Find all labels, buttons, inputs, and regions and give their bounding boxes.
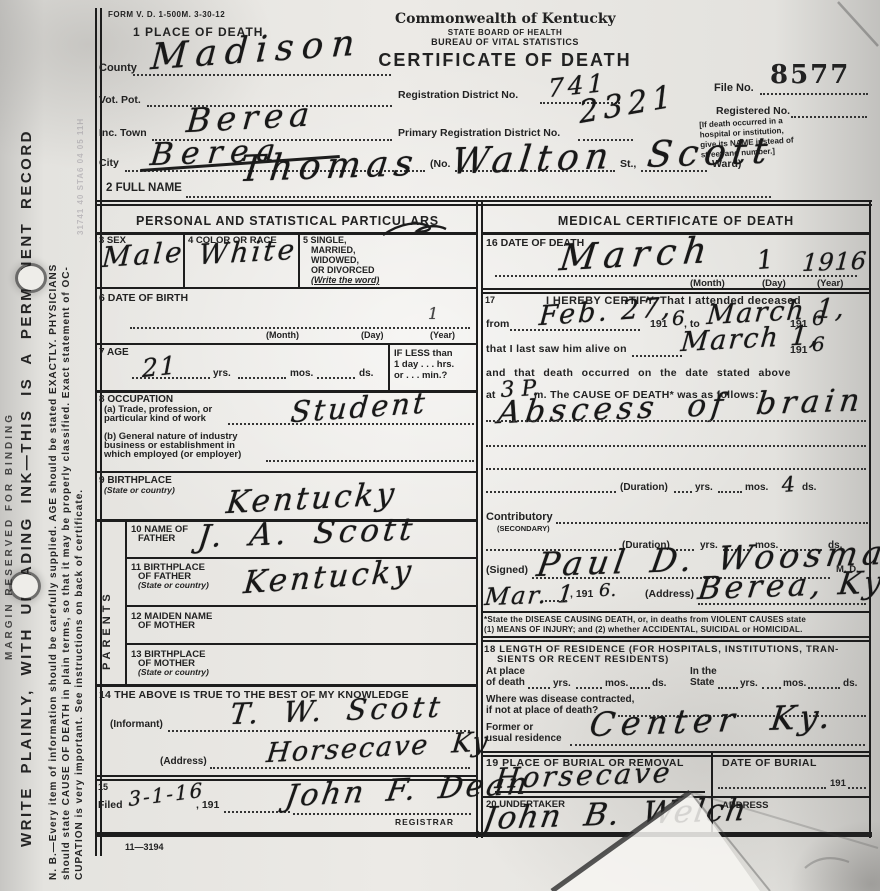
if-less-line2: 1 day . . . hrs. [394,360,454,370]
footnote-bottom-rule [481,636,869,642]
death-certificate-document: MARGIN RESERVED FOR BINDING WRITE PLAINL… [0,0,880,891]
commonwealth-title: Commonwealth of Kentucky [395,12,615,26]
last-saw-year-handwritten: 6 [812,334,825,354]
registration-district-label: Registration District No. [398,90,518,101]
informant-address-label: (Address) [160,757,207,767]
at-place-label-line1: At place [486,667,525,677]
birthplace-note: (State or country) [104,486,175,495]
at-place-label-line2: of death [486,678,525,688]
age-line2 [238,377,286,379]
informant-label: (Informant) [110,720,163,730]
burial-date-line2 [848,787,866,789]
signature-address-line [698,603,866,605]
faint-stamp: 31741 40 STA6 04 05 11H [76,105,85,235]
dod-bottom-rule [481,288,869,294]
informant-value-handwritten: T. W. Scott [228,693,445,730]
former-residence-line [570,744,865,746]
corner-shade [790,820,880,891]
occupation-b-line3: which employed (or employer) [104,450,241,460]
margin-nb-line2: should state CAUSE OF DEATH in plain ter… [61,100,72,880]
if-less-line1: IF LESS than [394,349,453,359]
form-footer-number: 11—3194 [125,843,164,852]
filed-year-label: , 191 [196,800,219,811]
in-state-ds-label: ds. [843,679,857,689]
father-row-rule [125,557,478,559]
duration1-line2 [674,491,692,493]
form-number: FORM V. D. 1-500M. 3-30-12 [108,11,225,19]
occupation-a-line2: particular kind of work [104,414,206,424]
city-label: City [99,158,119,169]
burial-date-label: DATE OF BURIAL [722,758,817,769]
dod-year-handwritten: 1916 [801,249,868,275]
filed-label: Filed [98,800,123,811]
certify-item-number: 17 [485,296,495,305]
margin-write-plainly-text: WRITE PLAINLY, WITH UNFADING INK—THIS IS… [18,112,35,847]
header-bottom-rule [95,200,872,206]
age-line1 [132,377,210,379]
if-less-line3: or . . . min.? [394,371,447,381]
burial-place-line [495,791,705,793]
dod-day-handwritten: 1 [756,247,774,274]
filed-line [224,811,290,813]
in-the-label-line2: State [690,678,714,688]
dod-month-handwritten: March [558,233,716,277]
vot-pot-label: Vot. Pot. [99,95,141,106]
boxes-bottom-rule [95,287,478,289]
dob-label: 6 DATE OF BIRTH [99,293,188,304]
registered-no-label: Registered No. [716,106,790,117]
registrar-label: REGISTRAR [395,818,454,827]
contributory-line [556,522,868,524]
secondary-label: (SECONDARY) [497,525,550,533]
duration1-line3 [718,491,742,493]
dod-line [495,275,857,277]
full-name-line [186,196,771,198]
marital-write-word-note: (Write the word) [311,276,379,285]
father-bp-value-handwritten: Kentucky [242,556,415,599]
in-state-line1 [718,687,738,689]
at-place-line2 [576,687,602,689]
burial-place-value-handwritten: Horsecave [494,759,675,793]
signature-year-handwritten: 6. [599,582,616,600]
father-bp-row-rule [125,605,478,607]
duration1-lead-line [486,491,616,493]
from-year-handwritten: 6 [672,308,685,328]
contracted-label-line2: if not at place of death? [486,706,598,716]
marital-status-mark-handwritten [380,220,450,240]
dob-year-label: (Year) [430,331,455,340]
inc-town-label: Inc. Town [99,128,147,139]
undertaker-value-handwritten: John B. Welch [481,795,750,835]
dob-bottom-rule [95,343,478,345]
dob-month-label: (Month) [266,331,299,340]
at-place-yrs-label: yrs. [553,679,571,689]
at-place-mos-label: mos. [605,679,628,689]
occupation-value-handwritten: Student [289,388,428,427]
age-ds-label: ds. [359,369,373,379]
father-name-label-line2: FATHER [138,534,175,544]
last-saw-line [632,355,682,357]
duration1-mos-label: mos. [745,483,768,493]
in-the-label-line1: In the [690,667,717,677]
medical-section-title: MEDICAL CERTIFICATE OF DEATH [482,215,870,228]
filed-item-number: 15 [98,783,108,792]
occupation-b-line [266,460,474,462]
sex-value-handwritten: Male [101,238,186,272]
dob-line [130,327,470,329]
father-name-value-handwritten: J. A. Scott [196,514,418,553]
mother-bp-note: (State or country) [138,668,209,677]
at-label: at [486,390,495,401]
duration1-ds-label: ds. [802,483,816,493]
age-yrs-label: yrs. [213,369,231,379]
registrar-signature-line [293,813,471,815]
certificate-title: CERTIFICATE OF DEATH [370,51,640,69]
cause-footnote-line1: *State the DISEASE CAUSING DEATH, or, in… [484,616,806,624]
file-no-line [760,93,868,95]
from-label: from [486,319,509,330]
cause-line1 [486,420,866,422]
county-label: County [99,63,137,74]
margin-nb-line1: N. B.—Every item of information should b… [48,100,59,880]
in-state-yrs-label: yrs. [740,679,758,689]
inc-town-value-handwritten: Berea [185,97,316,137]
marital-label-line2: MARRIED, [311,246,356,255]
former-residence-value-handwritten: Center Ky. [588,699,838,741]
parents-bottom-rule [95,684,478,687]
signature-191-label: , 191 [570,589,593,600]
contributory-label: Contributory [486,512,553,523]
father-bp-note: (State or country) [138,581,209,590]
cause-line2 [486,445,866,447]
in-state-mos-label: mos. [783,679,806,689]
former-residence-label-line1: Former or [486,723,533,733]
last-saw-191-label: 191 [790,345,808,356]
registered-no-line [791,116,867,118]
burial-date-line [718,787,826,789]
duration-days-handwritten: 4 [781,474,796,496]
race-value-handwritten: White [198,236,299,269]
marital-label-line4: OR DIVORCED [311,266,375,275]
if-less-divider [388,344,390,391]
last-saw-label: that I last saw him alive on [486,344,627,355]
dob-day-label: (Day) [361,331,384,340]
primary-district-label: Primary Registration District No. [398,128,560,139]
signature-date-handwritten: Mar. 1 [483,582,576,609]
mother-name-label-line2: OF MOTHER [138,621,195,631]
in-state-line3 [808,687,840,689]
margin-reserved-text: MARGIN RESERVED FOR BINDING [4,360,15,660]
marital-label-line3: WIDOWED, [311,256,359,265]
signature-address-label: (Address) [645,589,694,600]
informant-address-value-handwritten: Horsecave Ky [265,728,491,767]
in-state-line2 [762,687,781,689]
residence-label-line2: SIENTS OR RECENT RESIDENTS) [497,655,669,665]
punch-hole-top [18,266,44,290]
file-no-value: 8577 [770,62,850,88]
age-mos-label: mos. [290,369,313,379]
parents-divider [125,521,127,684]
full-name-value-handwritten: Thomas Walton Scott [238,133,776,188]
occupation-bottom-rule [95,471,478,473]
file-no-label: File No. [714,83,754,94]
at-place-line1 [528,687,550,689]
state-board-line: STATE BOARD OF HEALTH [395,29,615,37]
cause-line3 [486,468,866,470]
filed-date-handwritten: 3-1-16 [128,780,205,809]
at-place-ds-label: ds. [652,679,666,689]
at-place-line3 [630,687,650,689]
signed-label: (Signed) [486,565,528,576]
cause-footnote-line2: (1) MEANS OF INJURY; and (2) whether ACC… [484,626,803,634]
full-name-label: 2 FULL NAME [106,183,182,195]
burial-date-191-label: 191 [830,779,846,789]
age-line3 [317,377,355,379]
signature-date-line [545,600,567,602]
from-191-label: 191 [650,319,668,330]
informant-address-line [210,767,470,769]
parents-label: PARENTS [101,540,113,670]
former-residence-label-line2: usual residence [486,734,562,744]
dob-mark-handwritten: 1 [428,306,438,322]
duration1-label: (Duration) [620,483,668,493]
signature-address-handwritten: Berea, Ky. [696,567,880,605]
punch-hole-bottom [12,574,38,598]
mother-row-rule [125,643,478,645]
marital-label-line1: 5 SINGLE, [303,236,347,245]
age-label: 7 AGE [99,348,129,358]
right-border [869,201,871,838]
signature-bottom-rule [481,611,869,613]
bureau-line: BUREAU OF VITAL STATISTICS [395,38,615,47]
duration1-yrs-label: yrs. [695,483,713,493]
